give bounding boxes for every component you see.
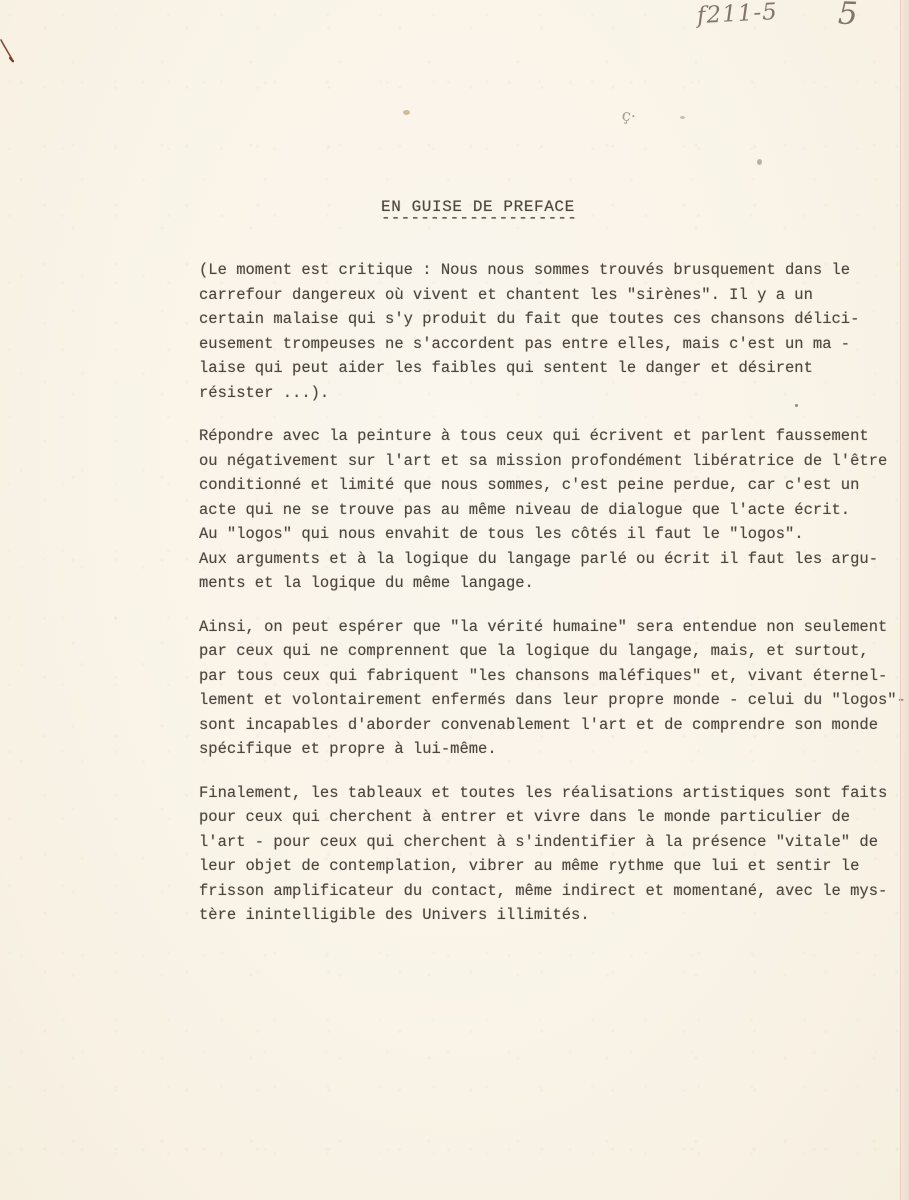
- ink-speck: [757, 159, 762, 165]
- handwritten-archive-code: f211-5: [696, 0, 778, 29]
- ink-speck: [680, 116, 685, 119]
- scanned-typewritten-page: f211-5 5 ç· EN GUISE DE PREFACE --------…: [0, 0, 909, 1200]
- ink-speck: [403, 110, 410, 115]
- ink-smudge: ç·: [621, 105, 638, 126]
- paragraph-3: Ainsi, on peut espérer que "la vérité hu…: [199, 615, 909, 762]
- scan-edge: [900, 0, 909, 1200]
- paragraph-2: Répondre avec la peinture à tous ceux qu…: [199, 424, 909, 596]
- title-underline-dashes: --------------------: [381, 209, 577, 227]
- pen-scratch-mark: [0, 36, 18, 66]
- paragraph-4: Finalement, les tableaux et toutes les r…: [199, 781, 909, 928]
- document-title-block: EN GUISE DE PREFACE --------------------: [381, 198, 577, 227]
- document-body: (Le moment est critique : Nous nous somm…: [199, 258, 909, 947]
- handwritten-page-number: 5: [837, 0, 858, 32]
- paragraph-1: (Le moment est critique : Nous nous somm…: [199, 258, 909, 405]
